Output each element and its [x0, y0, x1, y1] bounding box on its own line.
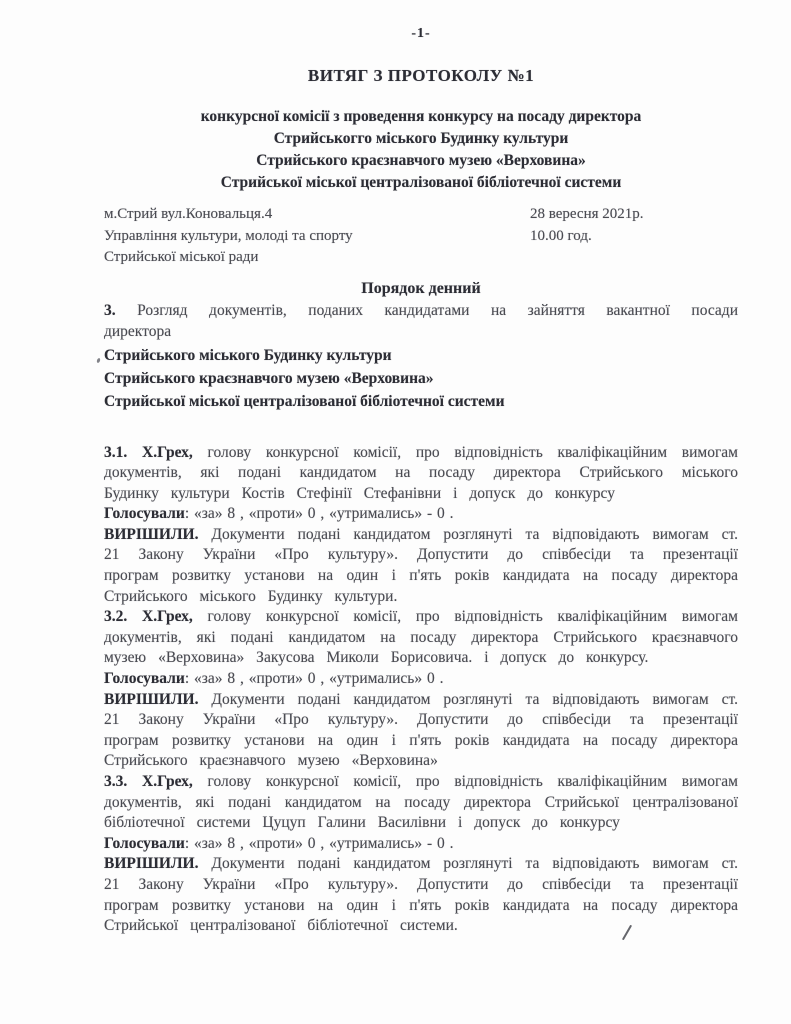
subtitle-line: Стрийського краєзнавчого музею «Верховин… [104, 150, 738, 172]
vote-line: Голосували: «за» 8 , «проти» 0 , «утрима… [104, 504, 738, 525]
section-paragraph: 3.2. Х.Грех, голову конкурсної комісії, … [104, 607, 738, 669]
decision-paragraph: ВИРІШИЛИ. Документи подані кандидатом ро… [104, 854, 738, 936]
section-3-2: 3.2. Х.Грех, голову конкурсної комісії, … [104, 607, 738, 772]
section-number: 3.2. [104, 608, 127, 625]
venue-line: Управління культури, молоді та спорту [104, 226, 353, 248]
agenda-item: 3. Розгляд документів, поданих кандидата… [104, 300, 738, 343]
decision-text: Документи подані кандидатом розглянуті т… [104, 691, 738, 770]
section-3-1: 3.1. Х.Грех, голову конкурсної комісії, … [104, 443, 738, 608]
section-paragraph: 3.3. Х.Грех, голову конкурсної комісії, … [104, 772, 738, 834]
decision-text: Документи подані кандидатом розглянуті т… [104, 526, 738, 605]
decision-paragraph: ВИРІШИЛИ. Документи подані кандидатом ро… [104, 690, 738, 772]
section-text: голову конкурсної комісії, про відповідн… [104, 773, 738, 831]
vote-label: Голосували [104, 505, 185, 522]
venue-line: м.Стрий вул.Коновальця.4 [104, 204, 353, 226]
subtitle-line: Стрийської міської централізованої біблі… [104, 172, 738, 194]
meta-block: м.Стрий вул.Коновальця.4 Управління куль… [104, 204, 738, 269]
institution-line: Стрийської міської централізованої біблі… [104, 390, 738, 413]
agenda-item-number: 3. [104, 302, 116, 319]
decision-label: ВИРІШИЛИ. [104, 855, 198, 872]
session-date: 28 вересня 2021р. [530, 204, 738, 226]
institution-line: Стрийського краєзнавчого музею «Верховин… [104, 367, 738, 390]
subtitle-line: Стрийськогго міського Будинку культури [104, 128, 738, 150]
institution-line: Стрийського міського Будинку культури [104, 344, 738, 367]
document-title: ВИТЯГ З ПРОТОКОЛУ №1 [104, 66, 738, 86]
decision-paragraph: ВИРІШИЛИ. Документи подані кандидатом ро… [104, 525, 738, 607]
document-subtitle: конкурсної комісії з проведення конкурсу… [104, 106, 738, 194]
decision-label: ВИРІШИЛИ. [104, 526, 198, 543]
section-speaker: Х.Грех, [142, 773, 193, 790]
vote-line: Голосували: «за» 8 , «проти» 0 , «утрима… [104, 669, 738, 690]
session-time: 10.00 год. [530, 226, 738, 248]
document-content: -1- ВИТЯГ З ПРОТОКОЛУ №1 конкурсної комі… [104, 0, 738, 937]
datetime-block: 28 вересня 2021р. 10.00 год. [530, 204, 738, 269]
section-speaker: Х.Грех, [142, 444, 193, 461]
vote-text: : «за» 8 , «проти» 0 , «утримались» - 0 … [185, 505, 454, 522]
institution-list: Стрийського міського Будинку культури Ст… [104, 344, 738, 413]
page-number: -1- [104, 26, 738, 42]
section-3-3: 3.3. Х.Грех, голову конкурсної комісії, … [104, 772, 738, 937]
scan-artifact-dot [96, 358, 101, 364]
vote-text: : «за» 8 , «проти» 0 , «утримались» - 0 … [185, 835, 454, 852]
section-number: 3.1. [104, 444, 127, 461]
scanned-document-page: -1- ВИТЯГ З ПРОТОКОЛУ №1 конкурсної комі… [0, 0, 791, 1024]
vote-label: Голосували [104, 670, 185, 687]
agenda-item-text: Розгляд документів, поданих кандидатами … [104, 302, 738, 341]
section-paragraph: 3.1. Х.Грех, голову конкурсної комісії, … [104, 443, 738, 505]
decision-text: Документи подані кандидатом розглянуті т… [104, 855, 738, 934]
subtitle-line: конкурсної комісії з проведення конкурсу… [104, 106, 738, 128]
sections: 3.1. Х.Грех, голову конкурсної комісії, … [104, 443, 738, 937]
vote-line: Голосували: «за» 8 , «проти» 0 , «утрима… [104, 834, 738, 855]
agenda-heading: Порядок денний [104, 280, 738, 298]
venue-block: м.Стрий вул.Коновальця.4 Управління куль… [104, 204, 353, 269]
vote-text: : «за» 8 , «проти» 0 , «утримались» 0 . [185, 670, 444, 687]
section-speaker: Х.Грех, [142, 608, 193, 625]
section-text: голову конкурсної комісії, про відповідн… [104, 444, 738, 502]
section-number: 3.3. [104, 773, 127, 790]
decision-label: ВИРІШИЛИ. [104, 691, 198, 708]
venue-line: Стрийської міської ради [104, 247, 353, 269]
vote-label: Голосували [104, 835, 185, 852]
section-text: голову конкурсної комісії, про відповідн… [104, 608, 738, 666]
